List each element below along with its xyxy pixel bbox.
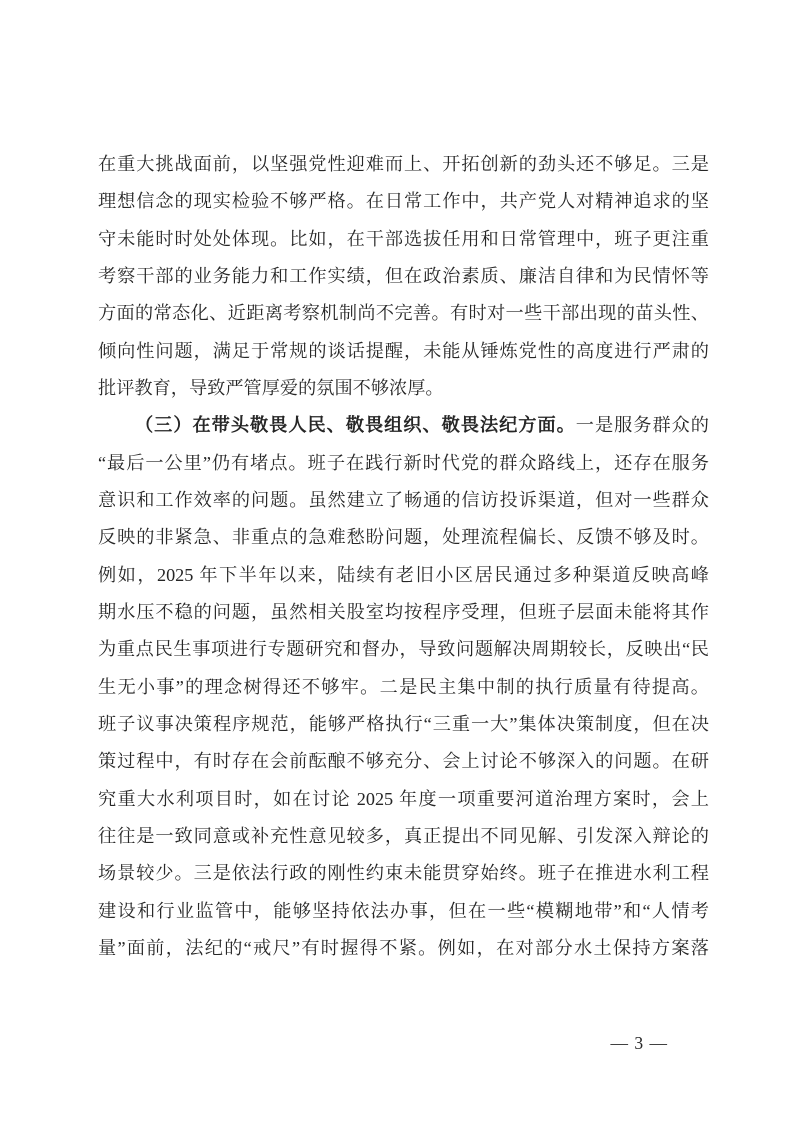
body-text: 守未能时时处处体现。比如，在干部选拔任用和日常管理中，班子更注重 <box>98 229 709 249</box>
text-line: 考察干部的业务能力和工作实绩，但在政治素质、廉洁自律和为民情怀等 <box>98 258 709 295</box>
body-text: 倾向性问题，满足于常规的谈话提醒，未能从锤炼党性的高度进行严肃的 <box>98 341 709 361</box>
body-text: 反映的非紧急、非重点的急难愁盼问题，处理流程偏长、反馈不够及时。 <box>98 527 709 547</box>
body-text: 批评教育，导致严管厚爱的氛围不够浓厚。 <box>98 378 444 398</box>
body-text: 生无小事”的理念树得还不够牢。二是民主集中制的执行质量有待提高。 <box>98 677 709 697</box>
body-text: 在重大挑战面前，以坚强党性迎难而上、开拓创新的劲头还不够足。三是 <box>98 154 709 174</box>
section-heading: （三）在带头敬畏人民、敬畏组织、敬畏法纪方面。 <box>135 415 576 435</box>
body-text: 例如，2025 年下半年以来，陆续有老旧小区居民通过多种渠道反映高峰 <box>98 565 709 585</box>
body-text: “最后一公里”仍有堵点。班子在践行新时代党的群众路线上，还存在服务 <box>98 453 709 473</box>
body-text: 一是服务群众的 <box>576 415 709 435</box>
body-text: 往往是一致同意或补充性意见较多，真正提出不同见解、引发深入辩论的 <box>98 826 709 846</box>
text-line: “最后一公里”仍有堵点。班子在践行新时代党的群众路线上，还存在服务 <box>98 445 709 482</box>
text-line: 究重大水利项目时，如在讨论 2025 年度一项重要河道治理方案时，会上 <box>98 781 709 818</box>
document-body: 在重大挑战面前，以坚强党性迎难而上、开拓创新的劲头还不够足。三是理想信念的现实检… <box>98 146 709 967</box>
text-line: 生无小事”的理念树得还不够牢。二是民主集中制的执行质量有待提高。 <box>98 669 709 706</box>
text-line: 往往是一致同意或补充性意见较多，真正提出不同见解、引发深入辩论的 <box>98 818 709 855</box>
text-line: 班子议事决策程序规范，能够严格执行“三重一大”集体决策制度，但在决 <box>98 706 709 743</box>
body-text: 为重点民生事项进行专题研究和督办，导致问题解决周期较长，反映出“民 <box>98 639 709 659</box>
text-line: （三）在带头敬畏人民、敬畏组织、敬畏法纪方面。一是服务群众的 <box>98 407 709 444</box>
text-line: 理想信念的现实检验不够严格。在日常工作中，共产党人对精神追求的坚 <box>98 183 709 220</box>
body-text: 理想信念的现实检验不够严格。在日常工作中，共产党人对精神追求的坚 <box>98 191 709 211</box>
text-line: 反映的非紧急、非重点的急难愁盼问题，处理流程偏长、反馈不够及时。 <box>98 519 709 556</box>
body-text: 期水压不稳的问题，虽然相关股室均按程序受理，但班子层面未能将其作 <box>98 602 709 622</box>
text-line: 为重点民生事项进行专题研究和督办，导致问题解决周期较长，反映出“民 <box>98 631 709 668</box>
text-line: 期水压不稳的问题，虽然相关股室均按程序受理，但班子层面未能将其作 <box>98 594 709 631</box>
text-line: 建设和行业监管中，能够坚持依法办事，但在一些“模糊地带”和“人情考 <box>98 893 709 930</box>
text-line: 批评教育，导致严管厚爱的氛围不够浓厚。 <box>98 370 709 407</box>
document-page: 在重大挑战面前，以坚强党性迎难而上、开拓创新的劲头还不够足。三是理想信念的现实检… <box>0 0 793 1122</box>
body-text: 班子议事决策程序规范，能够严格执行“三重一大”集体决策制度，但在决 <box>98 714 709 734</box>
text-line: 量”面前，法纪的“戒尺”有时握得不紧。例如，在对部分水土保持方案落 <box>98 930 709 967</box>
text-line: 意识和工作效率的问题。虽然建立了畅通的信访投诉渠道，但对一些群众 <box>98 482 709 519</box>
text-line: 例如，2025 年下半年以来，陆续有老旧小区居民通过多种渠道反映高峰 <box>98 557 709 594</box>
body-text: 量”面前，法纪的“戒尺”有时握得不紧。例如，在对部分水土保持方案落 <box>98 938 709 958</box>
text-line: 在重大挑战面前，以坚强党性迎难而上、开拓创新的劲头还不够足。三是 <box>98 146 709 183</box>
text-line: 场景较少。三是依法行政的刚性约束未能贯穿始终。班子在推进水利工程 <box>98 855 709 892</box>
body-text: 策过程中，有时存在会前酝酿不够充分、会上讨论不够深入的问题。在研 <box>98 751 709 771</box>
body-text: 究重大水利项目时，如在讨论 2025 年度一项重要河道治理方案时，会上 <box>98 789 709 809</box>
text-line: 方面的常态化、近距离考察机制尚不完善。有时对一些干部出现的苗头性、 <box>98 295 709 332</box>
body-text: 场景较少。三是依法行政的刚性约束未能贯穿始终。班子在推进水利工程 <box>98 863 709 883</box>
body-text: 建设和行业监管中，能够坚持依法办事，但在一些“模糊地带”和“人情考 <box>98 901 709 921</box>
body-text: 方面的常态化、近距离考察机制尚不完善。有时对一些干部出现的苗头性、 <box>98 303 709 323</box>
text-line: 策过程中，有时存在会前酝酿不够充分、会上讨论不够深入的问题。在研 <box>98 743 709 780</box>
page-number: — 3 — <box>611 1031 669 1055</box>
body-text: 意识和工作效率的问题。虽然建立了畅通的信访投诉渠道，但对一些群众 <box>98 490 709 510</box>
text-line: 倾向性问题，满足于常规的谈话提醒，未能从锤炼党性的高度进行严肃的 <box>98 333 709 370</box>
text-line: 守未能时时处处体现。比如，在干部选拔任用和日常管理中，班子更注重 <box>98 221 709 258</box>
body-text: 考察干部的业务能力和工作实绩，但在政治素质、廉洁自律和为民情怀等 <box>98 266 709 286</box>
